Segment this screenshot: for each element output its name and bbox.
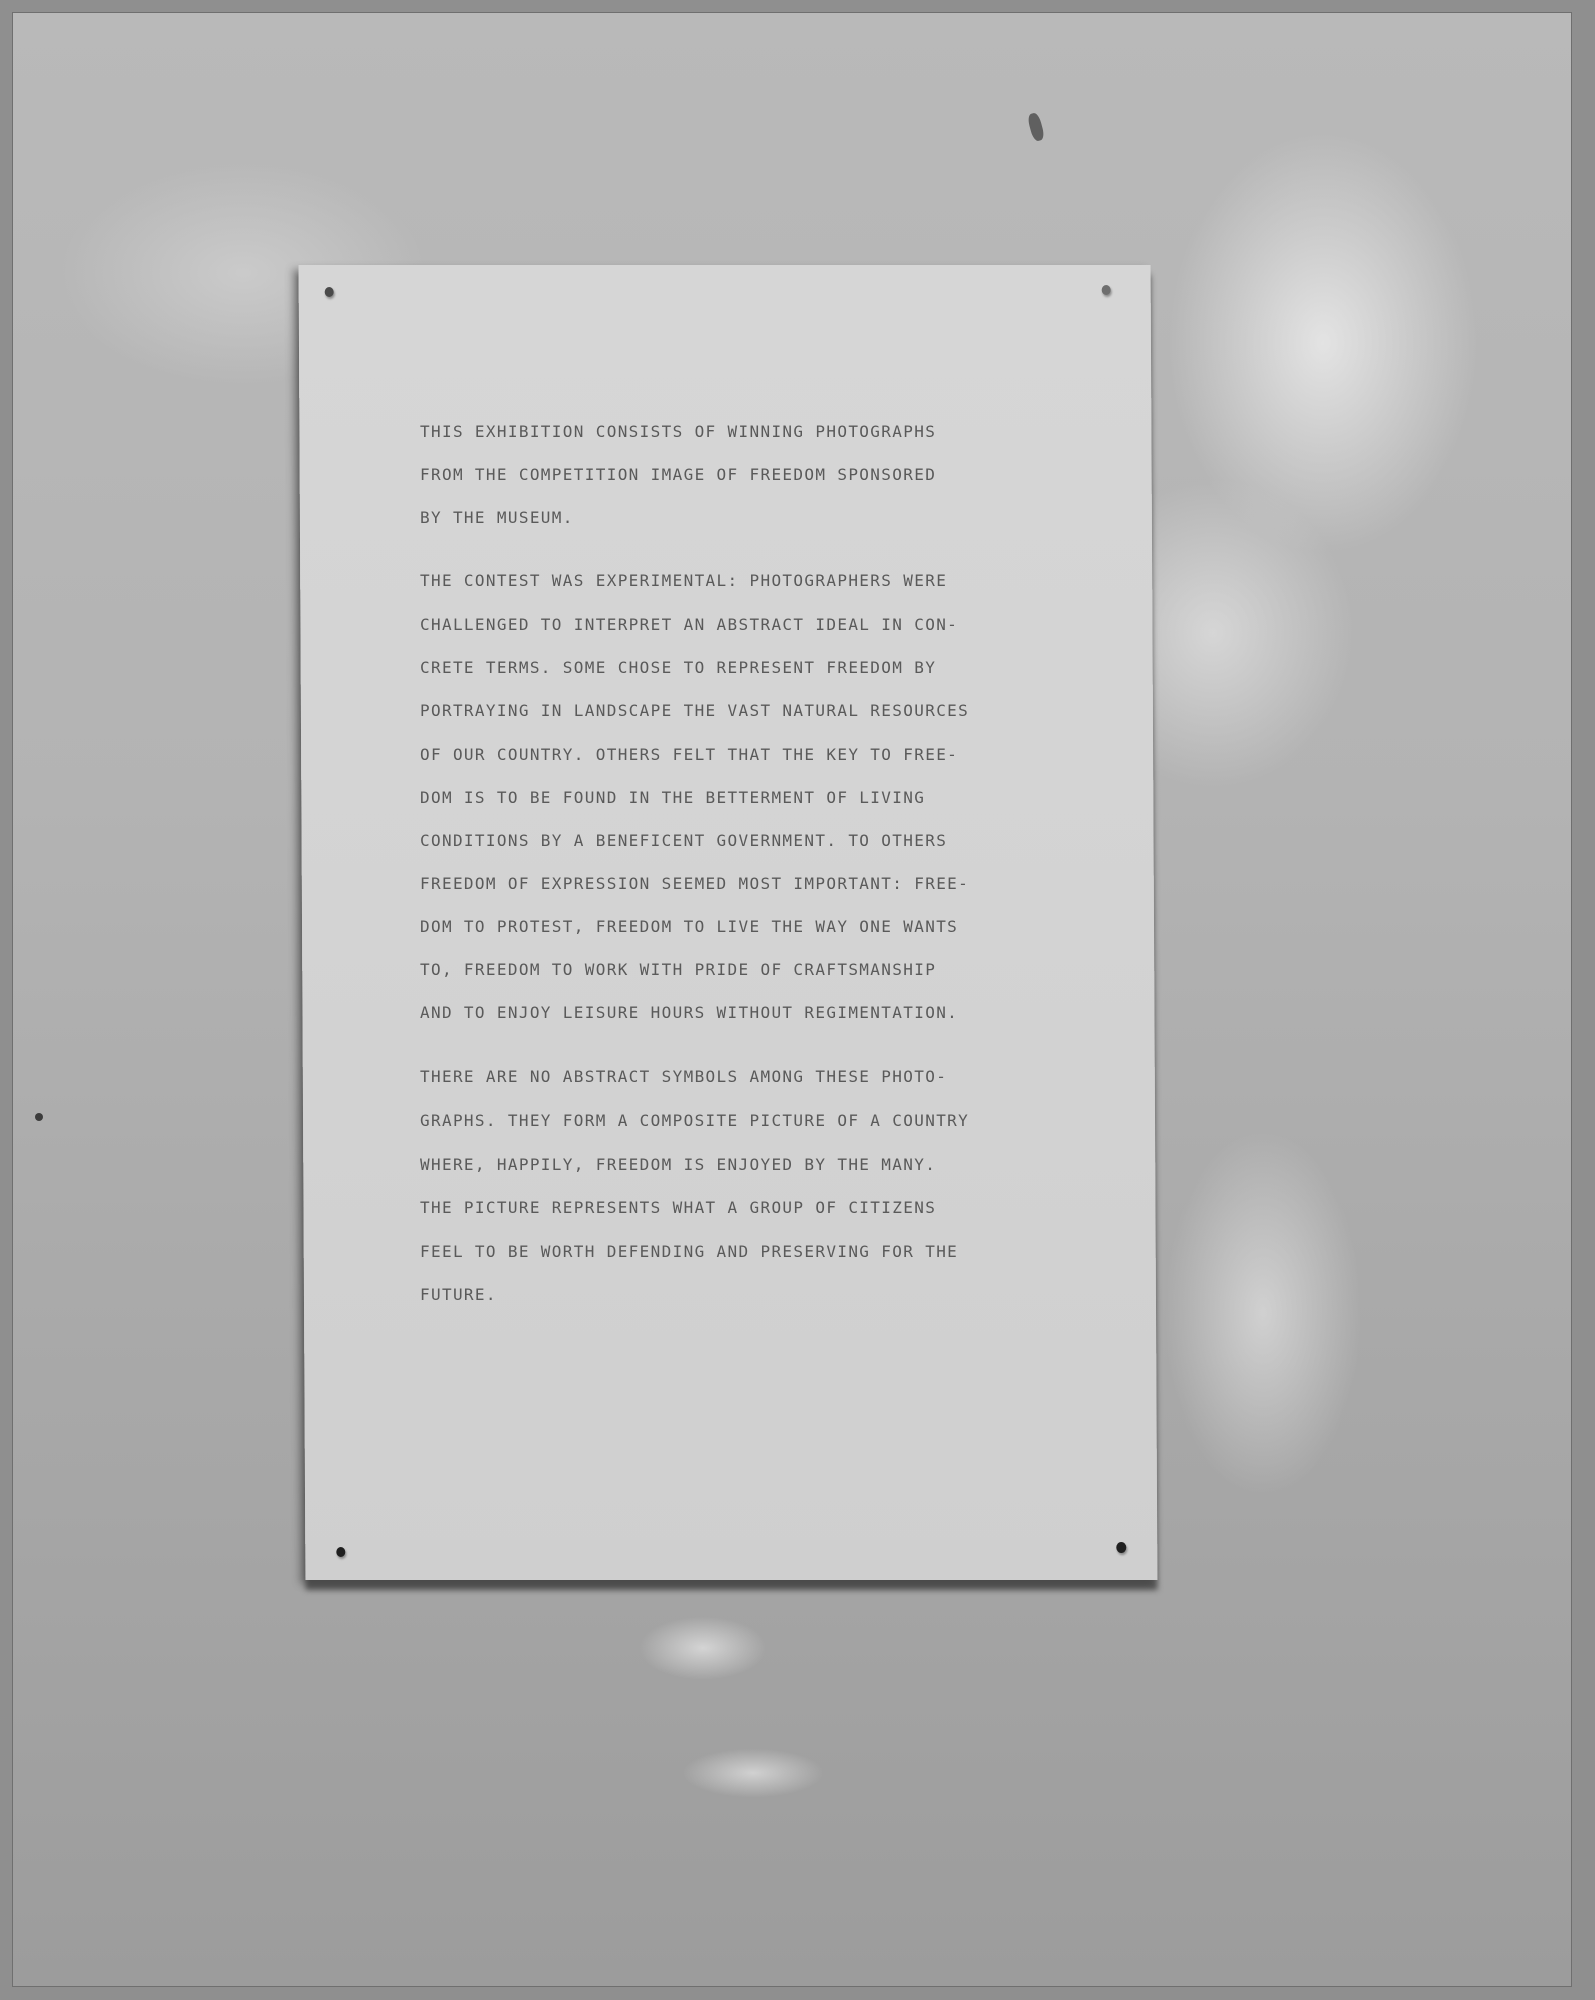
placard-line: GRAPHS. THEY FORM A COMPOSITE PICTURE OF… [420, 1111, 969, 1130]
dust-speck [1027, 112, 1046, 142]
placard-line: FROM THE COMPETITION IMAGE OF FREEDOM SP… [420, 465, 936, 484]
placard-line: OF OUR COUNTRY. OTHERS FELT THAT THE KEY… [420, 745, 958, 764]
placard-line: FEEL TO BE WORTH DEFENDING AND PRESERVIN… [420, 1242, 958, 1261]
placard-line: PORTRAYING IN LANDSCAPE THE VAST NATURAL… [420, 701, 969, 720]
placard-line: DOM TO PROTEST, FREEDOM TO LIVE THE WAY … [420, 917, 958, 936]
pushpin-icon [1116, 1542, 1126, 1553]
placard-line: THERE ARE NO ABSTRACT SYMBOLS AMONG THES… [420, 1067, 947, 1086]
pushpin-icon [1102, 285, 1111, 295]
placard-line: CHALLENGED TO INTERPRET AN ABSTRACT IDEA… [420, 615, 958, 634]
placard-line: DOM IS TO BE FOUND IN THE BETTERMENT OF … [420, 788, 925, 807]
placard-line: THE PICTURE REPRESENTS WHAT A GROUP OF C… [420, 1198, 936, 1217]
placard-line: CRETE TERMS. SOME CHOSE TO REPRESENT FRE… [420, 658, 936, 677]
pushpin-icon [325, 287, 334, 297]
placard-line: TO, FREEDOM TO WORK WITH PRIDE OF CRAFTS… [420, 960, 936, 979]
placard-line: WHERE, HAPPILY, FREEDOM IS ENJOYED BY TH… [420, 1155, 936, 1174]
wall-pin [35, 1113, 43, 1121]
placard-line: FREEDOM OF EXPRESSION SEEMED MOST IMPORT… [420, 874, 969, 893]
placard-line: THIS EXHIBITION CONSISTS OF WINNING PHOT… [420, 422, 936, 441]
placard-line: CONDITIONS BY A BENEFICENT GOVERNMENT. T… [420, 831, 947, 850]
placard-line: FUTURE. [420, 1285, 497, 1304]
placard-line: THE CONTEST WAS EXPERIMENTAL: PHOTOGRAPH… [420, 571, 947, 590]
placard-line: AND TO ENJOY LEISURE HOURS WITHOUT REGIM… [420, 1003, 958, 1022]
pushpin-icon [336, 1547, 345, 1557]
placard-line: BY THE MUSEUM. [420, 508, 574, 527]
